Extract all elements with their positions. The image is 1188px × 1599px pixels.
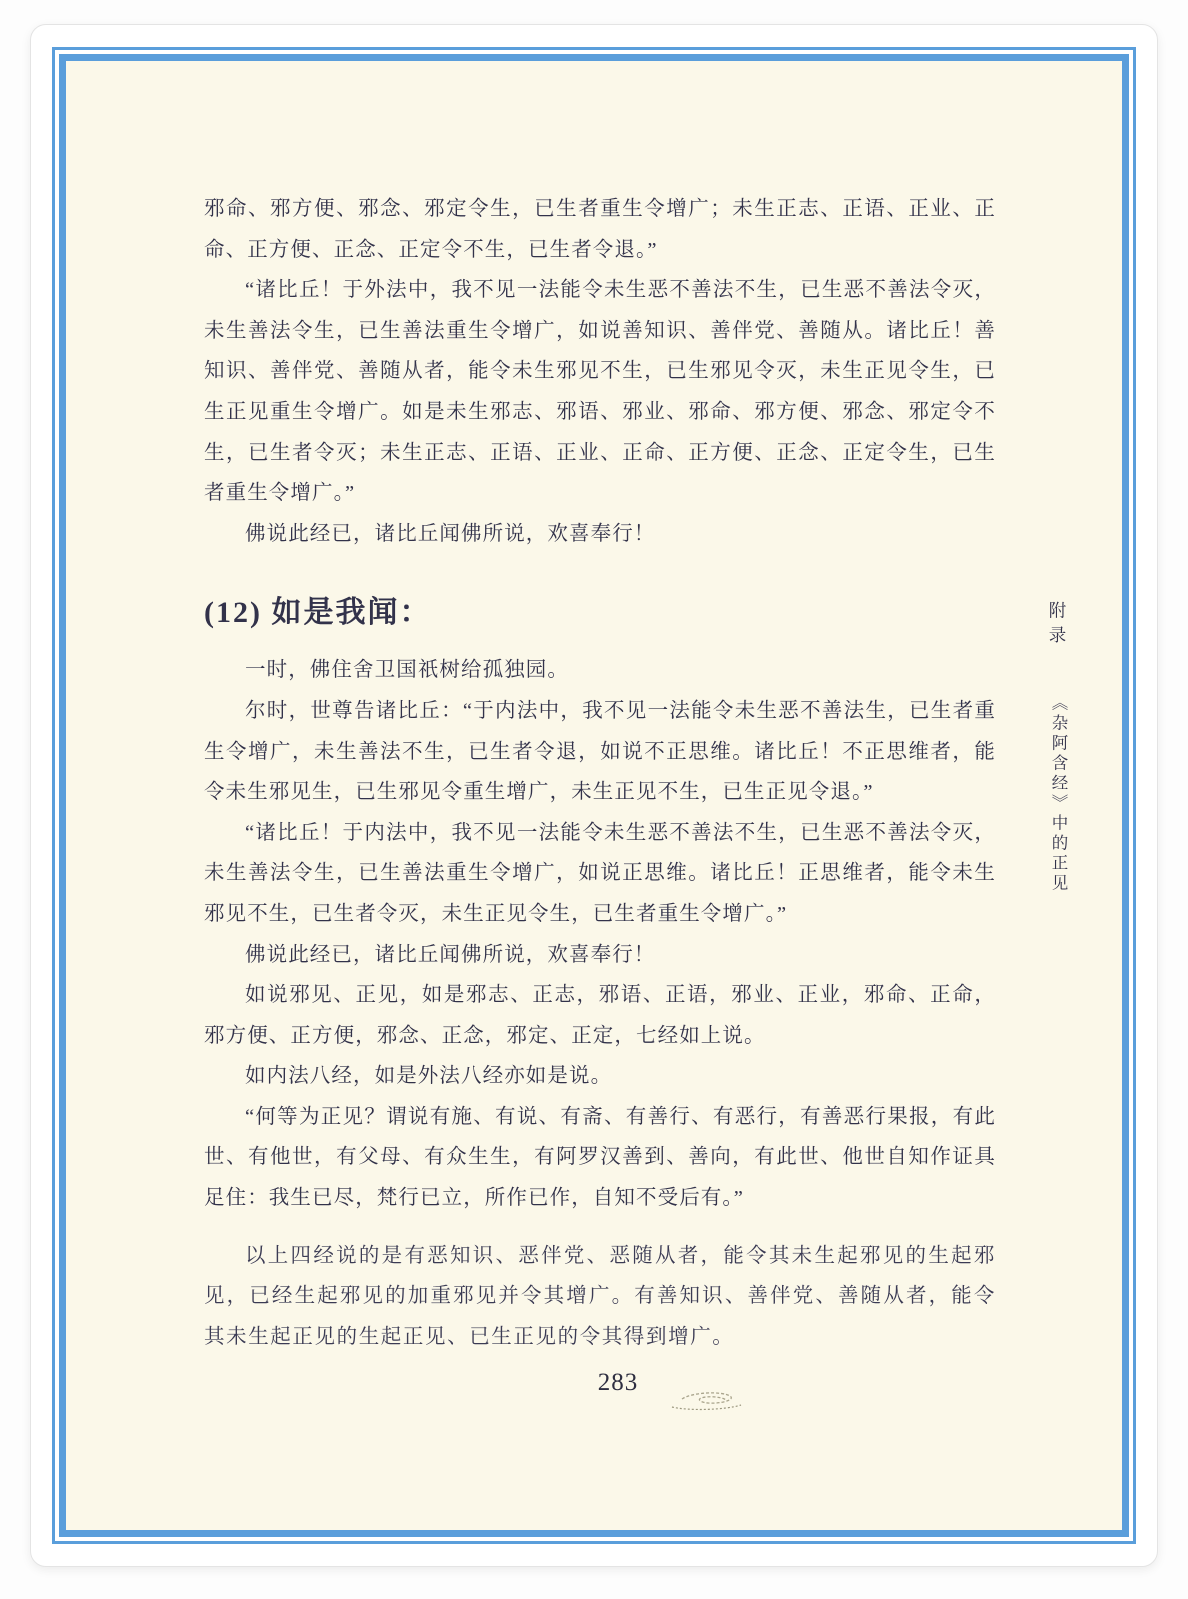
page-footer: 283 <box>518 1369 718 1415</box>
commentary-paragraph: 以上四经说的是有恶知识、恶伴党、恶随从者，能令其未生起邪见的生起邪见，已经生起邪… <box>204 1236 996 1358</box>
book-page-card: 邪命、邪方便、邪念、邪定令生，已生者重生令增广；未生正志、正语、正业、正命、正方… <box>30 24 1158 1567</box>
commentary-block: 以上四经说的是有恶知识、恶伴党、恶随从者，能令其未生起邪见的生起邪见，已经生起邪… <box>204 1236 996 1358</box>
body-paragraph: “诸比丘！于内法中，我不见一法能令未生恶不善法不生，已生恶不善法令灭，未生善法令… <box>204 813 996 935</box>
body-paragraph: 如说邪见、正见，如是邪志、正志，邪语、正语，邪业、正业，邪命、正命，邪方便、正方… <box>204 975 996 1056</box>
body-paragraph: 邪命、邪方便、邪念、邪定令生，已生者重生令增广；未生正志、正语、正业、正命、正方… <box>204 189 996 270</box>
page-paper: 邪命、邪方便、邪念、邪定令生，已生者重生令增广；未生正志、正语、正业、正命、正方… <box>59 54 1129 1537</box>
page-number: 283 <box>598 1369 639 1397</box>
body-paragraph: “诸比丘！于外法中，我不见一法能令未生恶不善法不生，已生恶不善法令灭，未生善法令… <box>204 270 996 514</box>
page-frame-outer: 邪命、邪方便、邪念、邪定令生，已生者重生令增广；未生正志、正语、正业、正命、正方… <box>52 47 1136 1544</box>
body-paragraph: 佛说此经已，诸比丘闻佛所说，欢喜奉行！ <box>204 935 996 976</box>
sidebar-book-title: 《杂阿含经》中的正见 <box>1040 694 1070 894</box>
ink-flourish-icon <box>668 1387 744 1413</box>
body-paragraph: “何等为正见？谓说有施、有说、有斋、有善行、有恶行，有善恶行果报，有此世、有他世… <box>204 1097 996 1219</box>
body-paragraph: 尔时，世尊告诸比丘：“于内法中，我不见一法能令未生恶不善法生，已生者重生令增广，… <box>204 691 996 813</box>
body-paragraph: 佛说此经已，诸比丘闻佛所说，欢喜奉行！ <box>204 514 996 555</box>
body-text: 邪命、邪方便、邪念、邪定令生，已生者重生令增广；未生正志、正语、正业、正命、正方… <box>204 189 996 1357</box>
body-paragraph: 一时，佛住舍卫国祇树给孤独园。 <box>204 650 996 691</box>
body-paragraph: 如内法八经，如是外法八经亦如是说。 <box>204 1056 996 1097</box>
sidebar-appendix-label: 附录 <box>1040 601 1070 650</box>
section-heading: (12) 如是我闻： <box>204 591 996 635</box>
